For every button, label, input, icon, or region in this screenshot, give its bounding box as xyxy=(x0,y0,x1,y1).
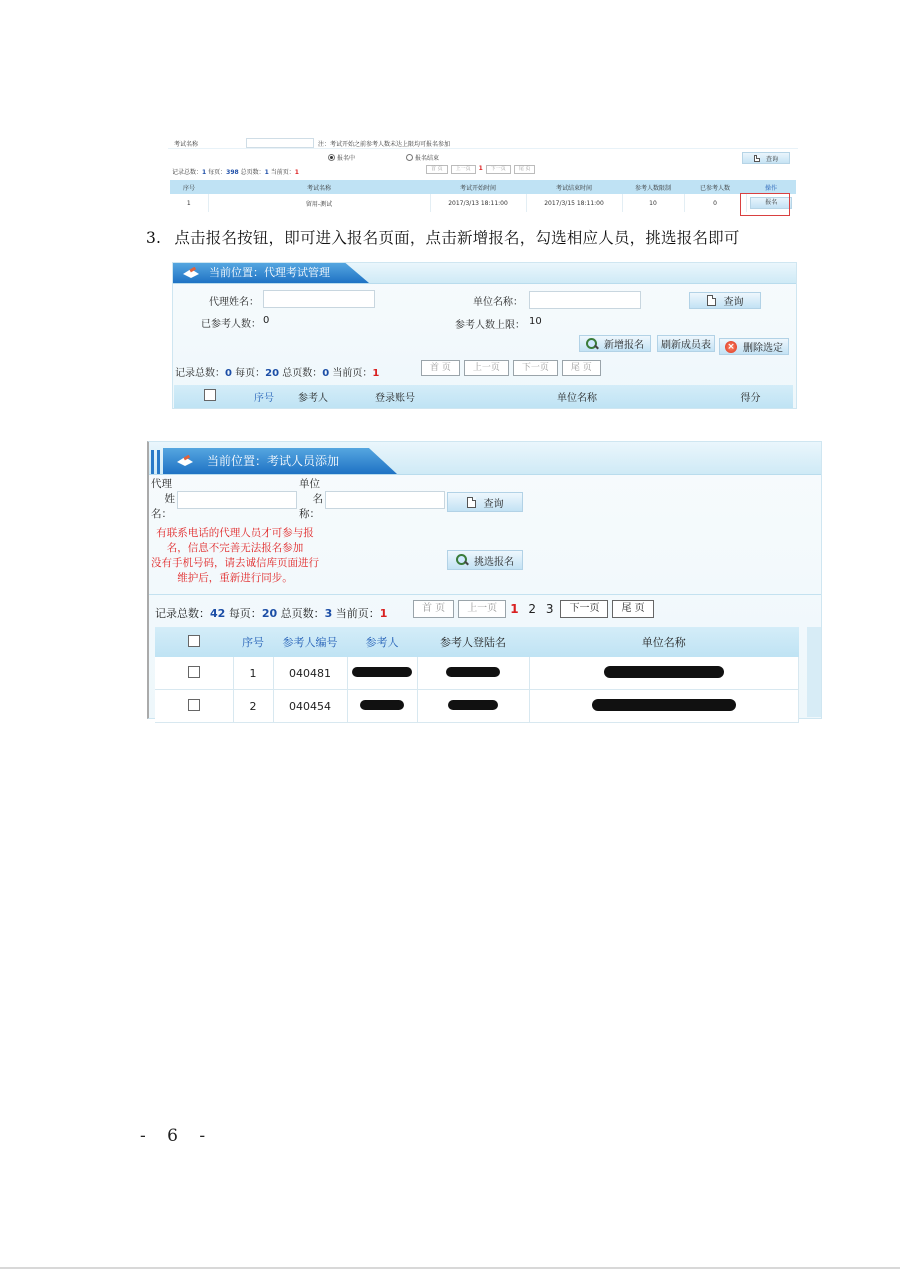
unit-name-input[interactable] xyxy=(529,291,641,309)
record-stats: 记录总数：1 每页：398 总页数：1 当前页：1 xyxy=(172,167,299,176)
radio-enrolling[interactable]: 报名中 xyxy=(328,153,355,162)
unit-name-label: 单位 名 称： xyxy=(299,477,323,522)
next-page-button[interactable]: 下一页 xyxy=(513,360,558,376)
warning-message: 有联系电话的代理人员才可参与报 名，信息不完善无法报名参加 没有手机号码，请去诚… xyxy=(149,526,321,586)
enrolled-value: 0 xyxy=(263,315,269,326)
first-page-button[interactable]: 首 页 xyxy=(421,360,460,376)
last-page-button[interactable]: 尾 页 xyxy=(612,600,653,618)
agent-name-input[interactable] xyxy=(263,290,375,308)
breadcrumb-tab: 当前位置：代理考试管理 xyxy=(173,263,369,283)
step-number: 3. xyxy=(146,229,161,247)
table-row: 1 留用-测试 2017/3/13 18:11:00 2017/3/15 18:… xyxy=(170,194,796,212)
step-instruction: 3. 点击报名按钮，即可进入报名页面，点击新增报名，勾选相应人员，挑选报名即可 xyxy=(146,226,740,248)
scan-edge xyxy=(0,1267,900,1269)
document-icon xyxy=(707,295,716,306)
exam-name-label: 考试名称 xyxy=(174,139,198,148)
document-icon xyxy=(754,155,760,162)
select-all-checkbox[interactable] xyxy=(204,389,216,401)
breadcrumb-tab: 当前位置：考试人员添加 xyxy=(163,448,397,474)
magnifier-icon xyxy=(456,554,468,566)
radio-empty-icon xyxy=(406,154,413,161)
next-page-button[interactable]: 下一页 xyxy=(486,165,511,174)
query-button[interactable]: 查询 xyxy=(447,492,523,512)
last-page-button[interactable]: 尾 页 xyxy=(562,360,601,376)
record-stats: 记录总数：0 每页：20 总页数：0 当前页：1 xyxy=(175,364,379,379)
first-page-button[interactable]: 首 页 xyxy=(413,600,454,618)
scrollbar[interactable] xyxy=(807,627,821,717)
unit-name-input[interactable] xyxy=(325,491,445,509)
pencil-book-icon xyxy=(175,455,195,467)
page-number: - 6 - xyxy=(140,1126,213,1146)
redacted-unit xyxy=(529,657,799,690)
limit-value: 10 xyxy=(529,316,542,327)
prev-page-button[interactable]: 上一页 xyxy=(464,360,509,376)
query-button[interactable]: 查询 xyxy=(689,292,761,309)
redacted-login xyxy=(417,657,529,690)
redacted-login xyxy=(417,690,529,723)
exam-member-add-screenshot: 当前位置：考试人员添加 代理 姓 名： 单位 名 称： 查询 有联系电话的代理人… xyxy=(147,441,822,719)
table-row: 2 040454 xyxy=(155,690,799,723)
redacted-unit xyxy=(529,690,799,723)
breadcrumb: 当前位置：考试人员添加 xyxy=(207,454,339,468)
prev-page-button[interactable]: 上一页 xyxy=(458,600,506,618)
next-page-button[interactable]: 下一页 xyxy=(560,600,608,618)
enroll-note: 注：考试开始之前参考人数未达上限均可报名参加 xyxy=(318,139,450,148)
highlight-box xyxy=(740,193,790,216)
redacted-name xyxy=(347,657,417,690)
prev-page-button[interactable]: 上一页 xyxy=(451,165,476,174)
member-table: 序号 参考人 登录账号 单位名称 得分 xyxy=(174,385,793,408)
delete-selected-button[interactable]: × 删除选定 xyxy=(719,338,789,355)
unit-name-label: 单位名称： xyxy=(473,293,523,308)
redacted-name xyxy=(347,690,417,723)
agent-name-label: 代理姓名： xyxy=(209,293,259,308)
pager: 首 页 上一页 1 2 3 下一页 尾 页 xyxy=(413,600,654,618)
candidate-table: 序号 参考人编号 参考人 参考人登陆名 单位名称 1 040481 2 0404… xyxy=(155,627,799,723)
title-bar: 当前位置：考试人员添加 xyxy=(149,442,821,475)
current-page: 1 xyxy=(510,602,521,616)
exam-name-input[interactable] xyxy=(246,138,314,148)
search-row: 考试名称 注：考试开始之前参考人数未达上限均可报名参加 xyxy=(168,136,798,149)
table-row: 1 040481 xyxy=(155,657,799,690)
page-links: 1 2 3 xyxy=(510,602,556,616)
row-checkbox[interactable] xyxy=(188,666,200,678)
delete-icon: × xyxy=(725,341,737,353)
exam-table: 序号 考试名称 考试开始时间 考试结束时间 参考人数限制 已参考人数 操作 1 … xyxy=(170,180,796,212)
title-bar: 当前位置：代理考试管理 xyxy=(173,263,796,284)
agent-exam-management-screenshot: 当前位置：代理考试管理 代理姓名： 单位名称： 查询 已参考人数： 0 参考人数… xyxy=(172,262,797,409)
limit-label: 参考人数上限： xyxy=(455,316,525,331)
select-enroll-button[interactable]: 挑选报名 xyxy=(447,550,523,570)
refresh-members-button[interactable]: 刷新成员表 xyxy=(657,335,715,352)
page-number-links[interactable]: 2 3 xyxy=(528,602,556,616)
document-icon xyxy=(467,497,476,508)
exam-list-screenshot: 考试名称 注：考试开始之前参考人数未达上限均可报名参加 报名中 报名结束 查询 … xyxy=(168,133,798,217)
status-radio-group: 报名中 报名结束 xyxy=(168,153,798,163)
radio-enroll-ended[interactable]: 报名结束 xyxy=(406,153,439,162)
row-checkbox[interactable] xyxy=(188,699,200,711)
record-stats: 记录总数：42 每页：20 总页数：3 当前页：1 xyxy=(155,605,387,621)
pager: 首 页 上一页 下一页 尾 页 xyxy=(421,360,601,376)
add-enrollment-button[interactable]: 新增报名 xyxy=(579,335,651,352)
first-page-button[interactable]: 首 页 xyxy=(426,165,448,174)
breadcrumb: 当前位置：代理考试管理 xyxy=(209,266,330,279)
enrolled-label: 已参考人数： xyxy=(201,315,261,330)
step-text: 点击报名按钮，即可进入报名页面，点击新增报名，勾选相应人员，挑选报名即可 xyxy=(174,229,739,247)
query-button[interactable]: 查询 xyxy=(742,152,790,164)
pager: 首 页 上一页 1 下一页 尾 页 xyxy=(426,165,535,174)
magnifier-icon xyxy=(586,338,598,350)
pencil-book-icon xyxy=(181,267,201,279)
select-all-checkbox[interactable] xyxy=(188,635,200,647)
last-page-button[interactable]: 尾 页 xyxy=(514,165,536,174)
radio-selected-icon xyxy=(328,154,335,161)
agent-name-input[interactable] xyxy=(177,491,297,509)
agent-name-label: 代理 姓 名： xyxy=(151,477,175,522)
